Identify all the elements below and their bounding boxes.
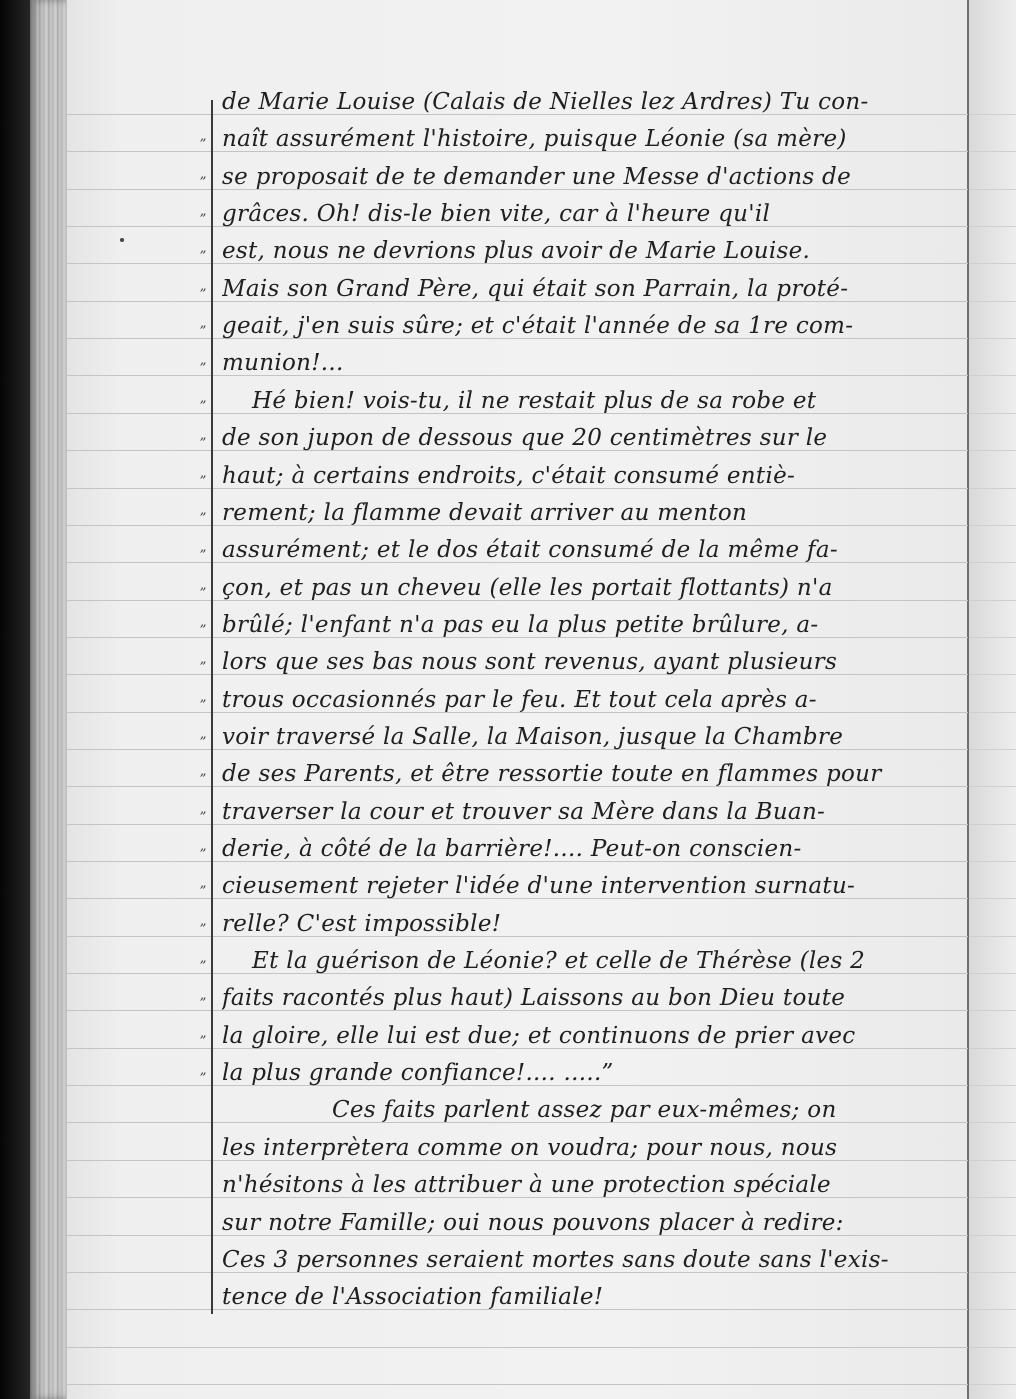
text-line: de ses Parents, et être ressortie toute … xyxy=(222,756,962,793)
text-line: est, nous ne devrions plus avoir de Mari… xyxy=(222,233,962,270)
margin-rule xyxy=(211,100,213,1314)
stacked-page-edges xyxy=(30,0,70,1399)
ditto-mark: ” xyxy=(196,959,210,974)
ditto-mark: ” xyxy=(196,698,210,713)
text-line: faits racontés plus haut) Laissons au bo… xyxy=(222,980,962,1017)
text-line: trous occasionnés par le feu. Et tout ce… xyxy=(222,682,962,719)
ditto-mark: ” xyxy=(196,399,210,414)
ditto-mark: ” xyxy=(196,660,210,675)
paper-speck xyxy=(120,238,124,242)
ditto-mark: ” xyxy=(196,175,210,190)
text-line: naît assurément l'histoire, puisque Léon… xyxy=(222,121,962,158)
text-line: derie, à côté de la barrière!.... Peut-o… xyxy=(222,831,962,868)
ditto-mark: ” xyxy=(196,287,210,302)
ditto-mark: ” xyxy=(196,474,210,489)
text-line: rement; la flamme devait arriver au ment… xyxy=(222,495,962,532)
ditto-mark: ” xyxy=(196,810,210,825)
text-line: munion!... xyxy=(222,345,962,382)
text-line: lors que ses bas nous sont revenus, ayan… xyxy=(222,644,962,681)
text-line: se proposait de te demander une Messe d'… xyxy=(222,159,962,196)
text-line: sur notre Famille; oui nous pouvons plac… xyxy=(222,1205,962,1242)
text-line: de son jupon de dessous que 20 centimètr… xyxy=(222,420,962,457)
text-line: n'hésitons à les attribuer à une protect… xyxy=(222,1167,962,1204)
ditto-mark: ” xyxy=(196,361,210,376)
text-line: brûlé; l'enfant n'a pas eu la plus petit… xyxy=(222,607,962,644)
ditto-mark: ” xyxy=(196,324,210,339)
text-line: la plus grande confiance!.... .....” xyxy=(222,1055,962,1092)
ditto-mark: ” xyxy=(196,847,210,862)
text-line: haut; à certains endroits, c'était consu… xyxy=(222,458,962,495)
text-line: Ces faits parlent assez par eux-mêmes; o… xyxy=(222,1092,962,1129)
text-line: Hé bien! vois-tu, il ne restait plus de … xyxy=(222,383,962,420)
ditto-mark: ” xyxy=(196,212,210,227)
text-line: tence de l'Association familiale! xyxy=(222,1279,962,1316)
text-line: Ces 3 personnes seraient mortes sans dou… xyxy=(222,1242,962,1279)
text-line: geait, j'en suis sûre; et c'était l'anné… xyxy=(222,308,962,345)
ditto-mark: ” xyxy=(196,735,210,750)
text-line: traverser la cour et trouver sa Mère dan… xyxy=(222,794,962,831)
text-line: la gloire, elle lui est due; et continuo… xyxy=(222,1018,962,1055)
ditto-mark: ” xyxy=(196,249,210,264)
text-line: voir traversé la Salle, la Maison, jusqu… xyxy=(222,719,962,756)
ditto-mark: ” xyxy=(196,1034,210,1049)
ditto-mark: ” xyxy=(196,996,210,1011)
ditto-mark: ” xyxy=(196,511,210,526)
ditto-mark: ” xyxy=(196,137,210,152)
text-line: assurément; et le dos était consumé de l… xyxy=(222,532,962,569)
ditto-mark: ” xyxy=(196,772,210,787)
ditto-mark: ” xyxy=(196,922,210,937)
text-line: Et la guérison de Léonie? et celle de Th… xyxy=(222,943,962,980)
text-line: les interprètera comme on voudra; pour n… xyxy=(222,1130,962,1167)
text-line: de Marie Louise (Calais de Nielles lez A… xyxy=(222,84,962,121)
text-line: çon, et pas un cheveu (elle les portait … xyxy=(222,570,962,607)
ditto-mark: ” xyxy=(196,884,210,899)
text-line: relle? C'est impossible! xyxy=(222,906,962,943)
text-line: cieusement rejeter l'idée d'une interven… xyxy=(222,868,962,905)
text-line: grâces. Oh! dis-le bien vite, car à l'he… xyxy=(222,196,962,233)
ditto-mark: ” xyxy=(196,436,210,451)
ditto-mark: ” xyxy=(196,586,210,601)
next-page-strip xyxy=(969,0,1016,1399)
book-cover-spine xyxy=(0,0,34,1399)
ditto-mark: ” xyxy=(196,548,210,563)
ditto-mark: ” xyxy=(196,1071,210,1086)
text-line: Mais son Grand Père, qui était son Parra… xyxy=(222,271,962,308)
ditto-mark: ” xyxy=(196,623,210,638)
